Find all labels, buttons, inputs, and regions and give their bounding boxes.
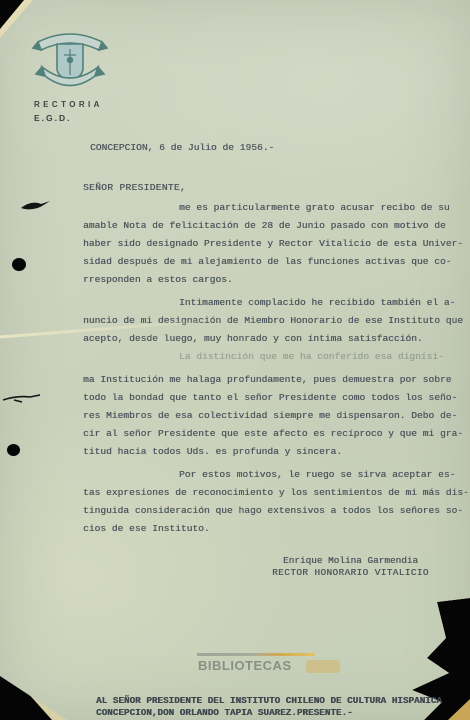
body-line: Intimamente complacido he recibido tambi…: [83, 294, 467, 312]
body-line: cios de ese Instituto.: [83, 520, 467, 538]
ink-scratch-mark: [20, 199, 52, 213]
paragraph-4: Por estos motivos, le ruego se sirva ace…: [83, 466, 467, 538]
body-line: me es particularmente grato acusar recib…: [83, 199, 467, 217]
letter-body: SEÑOR PRESIDENTE, me es particularmente …: [83, 179, 467, 543]
letterhead-initials-label: E.G.D.: [34, 113, 72, 123]
body-line-faded: La distinción que me ha conferido esa di…: [83, 348, 467, 366]
body-line: tas expresiones de reconocimiento y los …: [83, 484, 467, 502]
body-line: cir al señor Presidente que este afecto …: [83, 425, 467, 443]
paragraph-3: ma Institución me halaga profundamente, …: [83, 371, 467, 461]
dateline: CONCEPCION, 6 de Julio de 1956.-: [90, 142, 274, 153]
body-line: amable Nota de felicitación de 28 de Jun…: [83, 217, 467, 235]
recipient-line: CONCEPCION,DON ORLANDO TAPIA SUAREZ.PRES…: [96, 707, 442, 719]
body-line: tinguida consideración que hago extensiv…: [83, 502, 467, 520]
signature-title: RECTOR HONORARIO VITALICIO: [248, 567, 453, 579]
torn-corner-fragment: [448, 699, 470, 720]
body-line: sidad después de mi alejamiento de las f…: [83, 253, 467, 271]
body-line: acepto, desde luego, muy honrado y con í…: [83, 330, 467, 348]
body-line: todo la bondad que tanto el señor Presid…: [83, 389, 467, 407]
body-line: haber sido designado Presidente y Rector…: [83, 235, 467, 253]
university-crest-seal-icon: [30, 27, 110, 93]
punch-hole: [12, 258, 26, 271]
watermark-text: BIBLIOTECAS: [198, 658, 292, 673]
body-line: rresponden a estos cargos.: [83, 271, 467, 289]
punch-hole: [7, 444, 20, 456]
recipient-address: AL SEÑOR PRESIDENTE DEL INSTITUTO CHILEN…: [96, 695, 442, 718]
letterhead-office-label: RECTORIA: [34, 100, 103, 109]
salutation: SEÑOR PRESIDENTE,: [83, 179, 467, 197]
recipient-line: AL SEÑOR PRESIDENTE DEL INSTITUTO CHILEN…: [96, 695, 442, 707]
body-line: titud hacia todos Uds. es profunda y sin…: [83, 443, 467, 461]
body-line: ma Institución me halaga profundamente, …: [83, 371, 467, 389]
body-line: Por estos motivos, le ruego se sirva ace…: [83, 466, 467, 484]
paragraph-2: Intimamente complacido he recibido tambi…: [83, 294, 467, 366]
ink-scratch-mark: [2, 392, 42, 405]
signature-name: Enrique Molina Garmendia: [248, 555, 453, 567]
paragraph-1: me es particularmente grato acusar recib…: [83, 199, 467, 289]
watermark-logo-mark: [306, 660, 340, 673]
watermark-bar: [197, 653, 315, 656]
signature-block: Enrique Molina Garmendia RECTOR HONORARI…: [248, 555, 453, 579]
body-line: res Miembros de esa colectividad siempre…: [83, 407, 467, 425]
scanned-letter-page: RECTORIA E.G.D. CONCEPCION, 6 de Julio d…: [0, 0, 470, 720]
